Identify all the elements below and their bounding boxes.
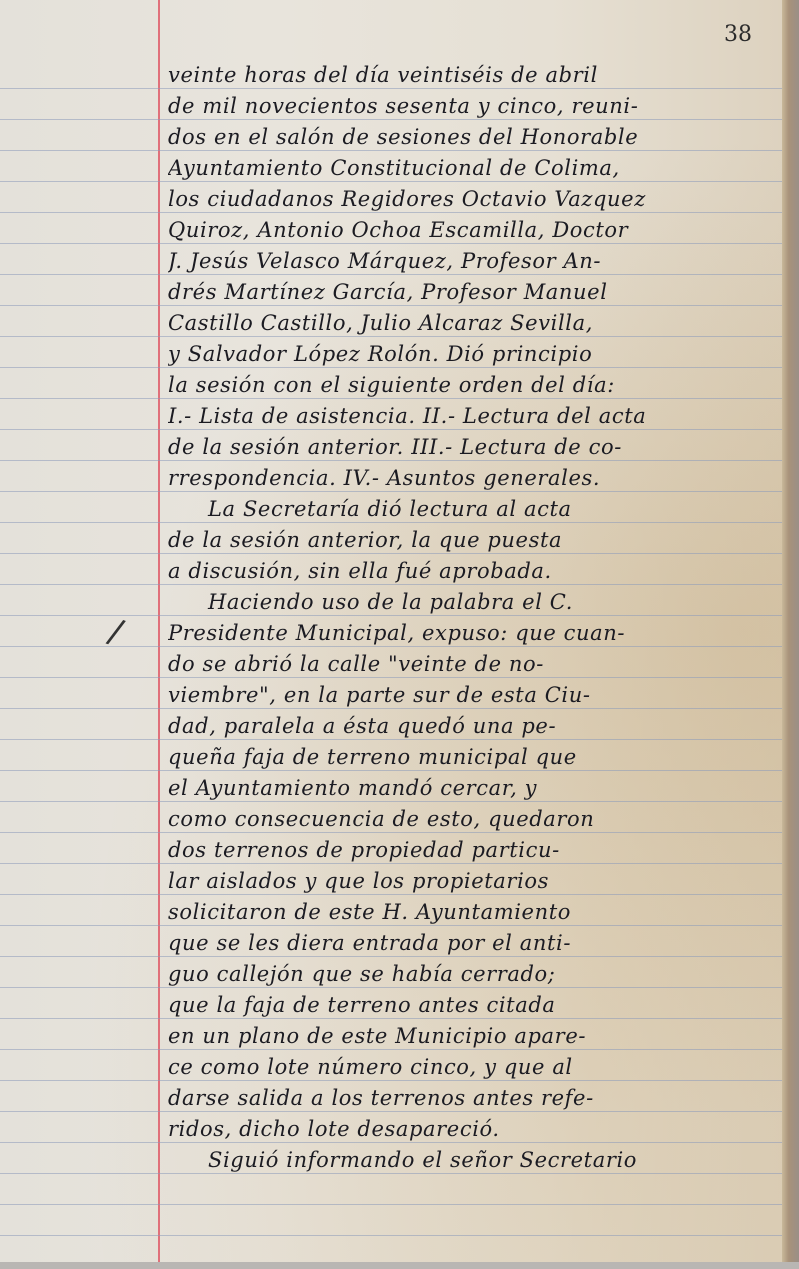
text-line: lar aislados y que los propietarios	[168, 866, 778, 897]
text-line: Quiroz, Antonio Ochoa Escamilla, Doctor	[168, 215, 778, 246]
text-line: rrespondencia. IV.- Asuntos generales.	[168, 463, 778, 494]
text-line: La Secretaría dió lectura al acta	[168, 494, 778, 525]
text-line: I.- Lista de asistencia. II.- Lectura de…	[168, 401, 778, 432]
text-line: viembre", en la parte sur de esta Ciu-	[168, 680, 778, 711]
text-line: darse salida a los terrenos antes refe-	[168, 1083, 778, 1114]
notebook-page: 38 / veinte horas del día veintiséis de …	[0, 0, 782, 1262]
text-line: dos terrenos de propiedad particu-	[168, 835, 778, 866]
text-line: veinte horas del día veintiséis de abril	[168, 60, 778, 91]
text-line: drés Martínez García, Profesor Manuel	[168, 277, 778, 308]
text-line: los ciudadanos Regidores Octavio Vazquez	[168, 184, 778, 215]
text-line: Ayuntamiento Constitucional de Colima,	[168, 153, 778, 184]
text-line: queña faja de terreno municipal que	[168, 742, 778, 773]
ruled-line	[0, 1204, 782, 1205]
page-bottom-edge	[0, 1262, 799, 1269]
text-line: solicitaron de este H. Ayuntamiento	[168, 897, 778, 928]
text-line: dos en el salón de sesiones del Honorabl…	[168, 122, 778, 153]
text-line: Castillo Castillo, Julio Alcaraz Sevilla…	[168, 308, 778, 339]
text-line: ce como lote número cinco, y que al	[168, 1052, 778, 1083]
text-line: como consecuencia de esto, quedaron	[168, 804, 778, 835]
text-line: a discusión, sin ella fué aprobada.	[168, 556, 778, 587]
text-line: de mil novecientos sesenta y cinco, reun…	[168, 91, 778, 122]
text-line: Presidente Municipal, expuso: que cuan-	[168, 618, 778, 649]
text-line: que se les diera entrada por el anti-	[168, 928, 778, 959]
text-line: ridos, dicho lote desapareció.	[168, 1114, 778, 1145]
ruled-line	[0, 1235, 782, 1236]
text-line: Haciendo uso de la palabra el C.	[168, 587, 778, 618]
text-line: la sesión con el siguiente orden del día…	[168, 370, 778, 401]
text-line: do se abrió la calle "veinte de no-	[168, 649, 778, 680]
handwritten-text: veinte horas del día veintiséis de abril…	[168, 60, 778, 1176]
text-line: y Salvador López Rolón. Dió principio	[168, 339, 778, 370]
text-line: de la sesión anterior, la que puesta	[168, 525, 778, 556]
text-line: Siguió informando el señor Secretario	[168, 1145, 778, 1176]
red-margin-line	[158, 0, 160, 1262]
text-line: dad, paralela a ésta quedó una pe-	[168, 711, 778, 742]
text-line: que la faja de terreno antes citada	[168, 990, 778, 1021]
text-line: de la sesión anterior. III.- Lectura de …	[168, 432, 778, 463]
page-number: 38	[724, 22, 752, 47]
page-edge	[782, 0, 799, 1269]
text-line: en un plano de este Municipio apare-	[168, 1021, 778, 1052]
text-line: el Ayuntamiento mandó cercar, y	[168, 773, 778, 804]
text-line: guo callejón que se había cerrado;	[168, 959, 778, 990]
text-line: J. Jesús Velasco Márquez, Profesor An-	[168, 246, 778, 277]
